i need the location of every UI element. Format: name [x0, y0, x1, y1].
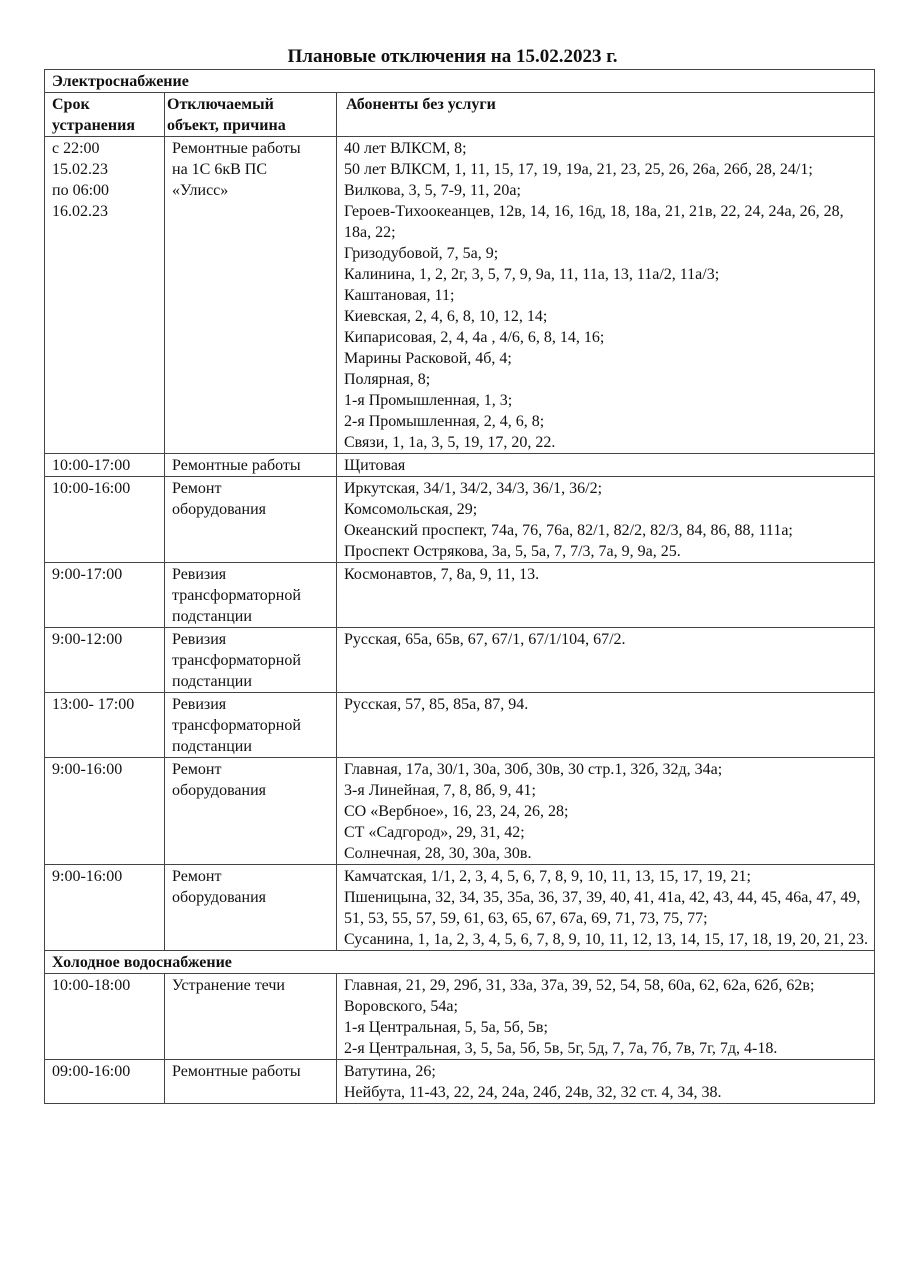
term-text: с 22:00 [52, 138, 158, 159]
address-entry: Иркутская, 34/1, 34/2, 34/3, 36/1, 36/2; [344, 478, 868, 499]
addresses-cell: Щитовая [337, 454, 875, 477]
address-entry: Океанский проспект, 74а, 76, 76а, 82/1, … [344, 520, 868, 541]
object-cell: Ремонтоборудования [165, 865, 337, 951]
address-entry: Главная, 17а, 30/1, 30а, 30б, 30в, 30 ст… [344, 759, 868, 780]
addresses-cell: Русская, 65а, 65в, 67, 67/1, 67/1/104, 6… [337, 628, 875, 693]
term-cell: 9:00-17:00 [45, 563, 165, 628]
address-entry: Каштановая, 11; [344, 285, 868, 306]
term-text: 15.02.23 [52, 159, 158, 180]
column-header-subscribers: Абоненты без услуги [337, 93, 875, 137]
table-row: 10:00-16:00РемонтоборудованияИркутская, … [45, 477, 875, 563]
address-entry: СТ «Садгород», 29, 31, 42; [344, 822, 868, 843]
section-heading: Холодное водоснабжение [45, 951, 875, 974]
address-entry: Киевская, 2, 4, 6, 8, 10, 12, 14; [344, 306, 868, 327]
addresses-cell: Русская, 57, 85, 85а, 87, 94. [337, 693, 875, 758]
table-row: 13:00- 17:00Ревизиятрансформаторнойподст… [45, 693, 875, 758]
column-header-text: Срок [52, 94, 158, 115]
term-cell: 10:00-17:00 [45, 454, 165, 477]
address-entry: 40 лет ВЛКСМ, 8; [344, 138, 868, 159]
address-entry: Русская, 57, 85, 85а, 87, 94. [344, 694, 868, 715]
address-entry: 2-я Центральная, 3, 5, 5а, 5б, 5в, 5г, 5… [344, 1038, 868, 1059]
table-row: с 22:0015.02.23по 06:0016.02.23Ремонтные… [45, 137, 875, 454]
term-text: 10:00-17:00 [52, 455, 158, 476]
object-text: на 1С 6кВ ПС [172, 159, 330, 180]
term-text: 10:00-18:00 [52, 975, 158, 996]
address-entry: Гризодубовой, 7, 5а, 9; [344, 243, 868, 264]
column-header-text: объект, причина [167, 115, 330, 136]
object-cell: Ревизиятрансформаторнойподстанции [165, 563, 337, 628]
table-row: 10:00-18:00Устранение течиГлавная, 21, 2… [45, 974, 875, 1060]
object-text: подстанции [172, 671, 330, 692]
object-text: оборудования [172, 887, 330, 908]
section-heading: Электроснабжение [45, 70, 875, 93]
term-cell: 09:00-16:00 [45, 1060, 165, 1104]
term-text: 10:00-16:00 [52, 478, 158, 499]
object-text: подстанции [172, 606, 330, 627]
term-text: 9:00-16:00 [52, 759, 158, 780]
term-cell: 9:00-12:00 [45, 628, 165, 693]
object-text: Ремонтные работы [172, 138, 330, 159]
column-header-term: Срокустранения [45, 93, 165, 137]
table-row: 10:00-17:00Ремонтные работыЩитовая [45, 454, 875, 477]
term-text: 13:00- 17:00 [52, 694, 158, 715]
table-body: ЭлектроснабжениеСрокустраненияОтключаемы… [45, 70, 875, 1104]
object-text: оборудования [172, 499, 330, 520]
address-entry: 3-я Линейная, 7, 8, 8б, 9, 41; [344, 780, 868, 801]
object-text: Ревизия [172, 694, 330, 715]
term-cell: 13:00- 17:00 [45, 693, 165, 758]
term-cell: с 22:0015.02.23по 06:0016.02.23 [45, 137, 165, 454]
addresses-cell: Камчатская, 1/1, 2, 3, 4, 5, 6, 7, 8, 9,… [337, 865, 875, 951]
address-entry: Вилкова, 3, 5, 7-9, 11, 20а; [344, 180, 868, 201]
term-cell: 10:00-16:00 [45, 477, 165, 563]
address-entry: 1-я Центральная, 5, 5а, 5б, 5в; [344, 1017, 868, 1038]
table-row: 9:00-16:00РемонтоборудованияКамчатская, … [45, 865, 875, 951]
address-entry: Связи, 1, 1а, 3, 5, 19, 17, 20, 22. [344, 432, 868, 453]
address-entry: Воровского, 54а; [344, 996, 868, 1017]
object-text: Ремонт [172, 866, 330, 887]
addresses-cell: Главная, 17а, 30/1, 30а, 30б, 30в, 30 ст… [337, 758, 875, 865]
table-row: 9:00-12:00Ревизиятрансформаторнойподстан… [45, 628, 875, 693]
column-header-object: Отключаемыйобъект, причина [165, 93, 337, 137]
address-entry: 2-я Промышленная, 2, 4, 6, 8; [344, 411, 868, 432]
object-text: «Улисс» [172, 180, 330, 201]
address-entry: Солнечная, 28, 30, 30а, 30в. [344, 843, 868, 864]
table-row: 09:00-16:00Ремонтные работыВатутина, 26;… [45, 1060, 875, 1104]
term-text: по 06:00 [52, 180, 158, 201]
object-text: трансформаторной [172, 650, 330, 671]
address-entry: СО «Вербное», 16, 23, 24, 26, 28; [344, 801, 868, 822]
object-text: Ревизия [172, 564, 330, 585]
address-entry: Комсомольская, 29; [344, 499, 868, 520]
section-heading-row: Электроснабжение [45, 70, 875, 93]
term-cell: 9:00-16:00 [45, 758, 165, 865]
address-entry: Кипарисовая, 2, 4, 4а , 4/6, 6, 8, 14, 1… [344, 327, 868, 348]
address-entry: Сусанина, 1, 1а, 2, 3, 4, 5, 6, 7, 8, 9,… [344, 929, 868, 950]
object-cell: Ремонтные работы [165, 1060, 337, 1104]
address-entry: Русская, 65а, 65в, 67, 67/1, 67/1/104, 6… [344, 629, 868, 650]
address-entry: Щитовая [344, 455, 868, 476]
address-entry: Калинина, 1, 2, 2г, 3, 5, 7, 9, 9а, 11, … [344, 264, 868, 285]
object-text: трансформаторной [172, 585, 330, 606]
column-header-text: устранения [52, 115, 158, 136]
addresses-cell: Ватутина, 26;Нейбута, 11-43, 22, 24, 24а… [337, 1060, 875, 1104]
addresses-cell: Главная, 21, 29, 29б, 31, 33а, 37а, 39, … [337, 974, 875, 1060]
address-entry: Марины Расковой, 4б, 4; [344, 348, 868, 369]
section-heading-row: Холодное водоснабжение [45, 951, 875, 974]
addresses-cell: 40 лет ВЛКСМ, 8;50 лет ВЛКСМ, 1, 11, 15,… [337, 137, 875, 454]
object-cell: Ревизиятрансформаторнойподстанции [165, 693, 337, 758]
address-entry: Проспект Острякова, 3а, 5, 5а, 7, 7/3, 7… [344, 541, 868, 562]
address-entry: 50 лет ВЛКСМ, 1, 11, 15, 17, 19, 19а, 21… [344, 159, 868, 180]
address-entry: Космонавтов, 7, 8а, 9, 11, 13. [344, 564, 868, 585]
address-entry: Нейбута, 11-43, 22, 24, 24а, 24б, 24в, 3… [344, 1082, 868, 1103]
object-cell: Ремонтные работы [165, 454, 337, 477]
column-header-row: СрокустраненияОтключаемыйобъект, причина… [45, 93, 875, 137]
object-cell: Устранение течи [165, 974, 337, 1060]
address-entry: Героев-Тихоокеанцев, 12в, 14, 16, 16д, 1… [344, 201, 868, 243]
object-cell: Ремонтоборудования [165, 758, 337, 865]
object-text: подстанции [172, 736, 330, 757]
term-text: 16.02.23 [52, 201, 158, 222]
column-header-text: Отключаемый [167, 94, 330, 115]
term-text: 9:00-17:00 [52, 564, 158, 585]
object-text: Ревизия [172, 629, 330, 650]
object-text: оборудования [172, 780, 330, 801]
address-entry: 1-я Промышленная, 1, 3; [344, 390, 868, 411]
object-text: Устранение течи [172, 975, 330, 996]
page-title: Плановые отключения на 15.02.2023 г. [0, 46, 905, 68]
address-entry: Камчатская, 1/1, 2, 3, 4, 5, 6, 7, 8, 9,… [344, 866, 868, 887]
object-text: трансформаторной [172, 715, 330, 736]
table-row: 9:00-17:00Ревизиятрансформаторнойподстан… [45, 563, 875, 628]
object-text: Ремонт [172, 478, 330, 499]
term-text: 9:00-16:00 [52, 866, 158, 887]
object-text: Ремонтные работы [172, 1061, 330, 1082]
addresses-cell: Иркутская, 34/1, 34/2, 34/3, 36/1, 36/2;… [337, 477, 875, 563]
outage-schedule-table: ЭлектроснабжениеСрокустраненияОтключаемы… [44, 69, 875, 1104]
term-text: 09:00-16:00 [52, 1061, 158, 1082]
object-cell: Ремонтные работына 1С 6кВ ПС«Улисс» [165, 137, 337, 454]
addresses-cell: Космонавтов, 7, 8а, 9, 11, 13. [337, 563, 875, 628]
object-text: Ремонтные работы [172, 455, 330, 476]
address-entry: Ватутина, 26; [344, 1061, 868, 1082]
term-text: 9:00-12:00 [52, 629, 158, 650]
address-entry: Главная, 21, 29, 29б, 31, 33а, 37а, 39, … [344, 975, 868, 996]
object-text: Ремонт [172, 759, 330, 780]
term-cell: 9:00-16:00 [45, 865, 165, 951]
term-cell: 10:00-18:00 [45, 974, 165, 1060]
object-cell: Ревизиятрансформаторнойподстанции [165, 628, 337, 693]
address-entry: Полярная, 8; [344, 369, 868, 390]
table-row: 9:00-16:00РемонтоборудованияГлавная, 17а… [45, 758, 875, 865]
object-cell: Ремонтоборудования [165, 477, 337, 563]
address-entry: Пшеницына, 32, 34, 35, 35а, 36, 37, 39, … [344, 887, 868, 929]
